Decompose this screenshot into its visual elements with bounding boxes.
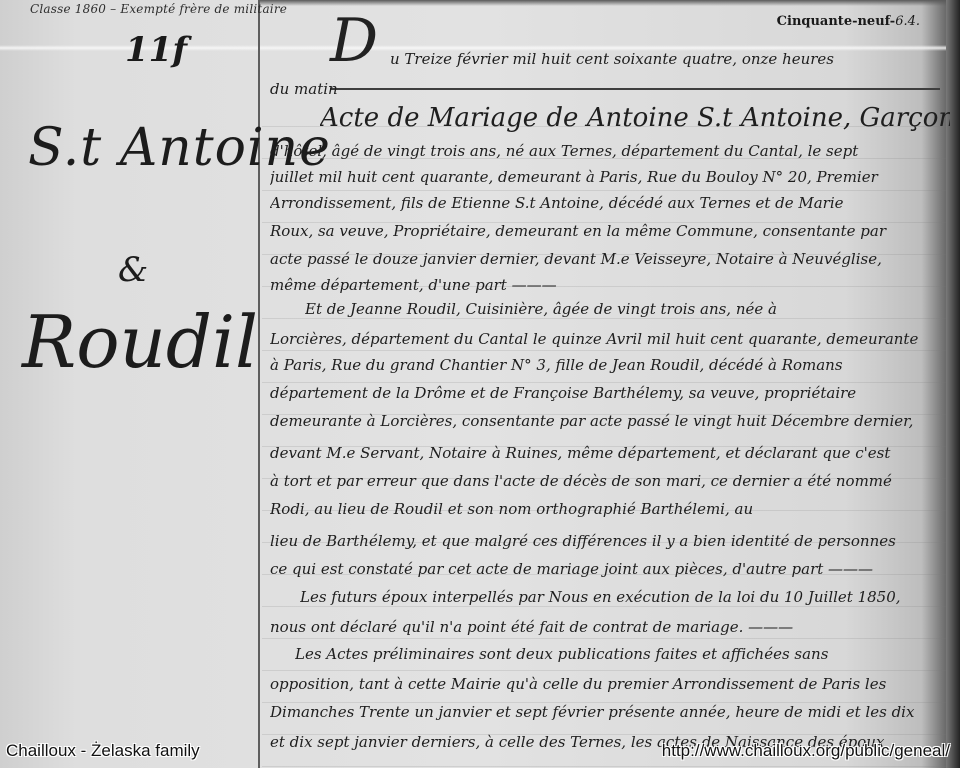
record-line-14: demeurante à Lorcières, consentante par … [270, 412, 950, 430]
record-line-5: juillet mil huit cent quarante, demeuran… [270, 168, 950, 186]
record-line-19: ce qui est constaté par cet acte de mari… [270, 560, 950, 578]
page-label-printed: Cinquante-neuf- [777, 14, 896, 29]
margin-bride-surname: Roudil [22, 300, 258, 384]
record-line-18: lieu de Barthélemy, et que malgré ces di… [270, 532, 950, 550]
record-line-13: département de la Drôme et de Françoise … [270, 384, 950, 402]
page-label-handwritten: 6.4. [895, 14, 920, 29]
record-line-21: nous ont déclaré qu'il n'a point été fai… [270, 618, 950, 636]
record-line-20: Les futurs époux interpellés par Nous en… [300, 588, 950, 606]
record-line-3: Acte de Mariage de Antoine S.t Antoine, … [320, 103, 950, 133]
page-number-label: Cinquante-neuf-6.4. [777, 14, 920, 29]
record-line-15: devant M.e Servant, Notaire à Ruines, mê… [270, 444, 950, 462]
record-line-11: Lorcières, département du Cantal le quin… [270, 330, 950, 348]
margin-divider [258, 0, 260, 768]
record-line-8: acte passé le douze janvier dernier, dev… [270, 250, 950, 268]
margin-ampersand: & [118, 250, 148, 290]
scanned-register-page: Classe 1860 – Exempté frère de militaire… [0, 0, 960, 768]
record-line-12: à Paris, Rue du grand Chantier N° 3, fil… [270, 356, 950, 374]
record-line-17: Rodi, au lieu de Roudil et son nom ortho… [270, 500, 950, 518]
record-line-1: u Treize février mil huit cent soixante … [390, 50, 950, 68]
margin-note-class: Classe 1860 – Exempté frère de militaire [30, 2, 287, 16]
record-line-22: Les Actes préliminaires sont deux public… [295, 645, 950, 663]
act-number: 11f [125, 30, 187, 70]
record-line-2: du matin [270, 80, 950, 98]
record-line-4: d'hôtel, âgé de vingt trois ans, né aux … [270, 142, 950, 160]
drop-cap: D [330, 6, 378, 76]
record-line-10: Et de Jeanne Roudil, Cuisinière, âgée de… [305, 300, 950, 318]
source-url-caption: http://www.chailloux.org/public/geneal/ [662, 741, 950, 761]
record-line-16: à tort et par erreur que dans l'acte de … [270, 472, 950, 490]
record-line-23: opposition, tant à cette Mairie qu'à cel… [270, 675, 950, 693]
record-line-24: Dimanches Trente un janvier et sept févr… [270, 703, 950, 721]
family-caption: Chailloux - Żelaska family [6, 741, 200, 761]
record-line-7: Roux, sa veuve, Propriétaire, demeurant … [270, 222, 950, 240]
record-line-6: Arrondissement, fils de Etienne S.t Anto… [270, 194, 950, 212]
record-line-9: même département, d'une part ——— [270, 276, 950, 294]
